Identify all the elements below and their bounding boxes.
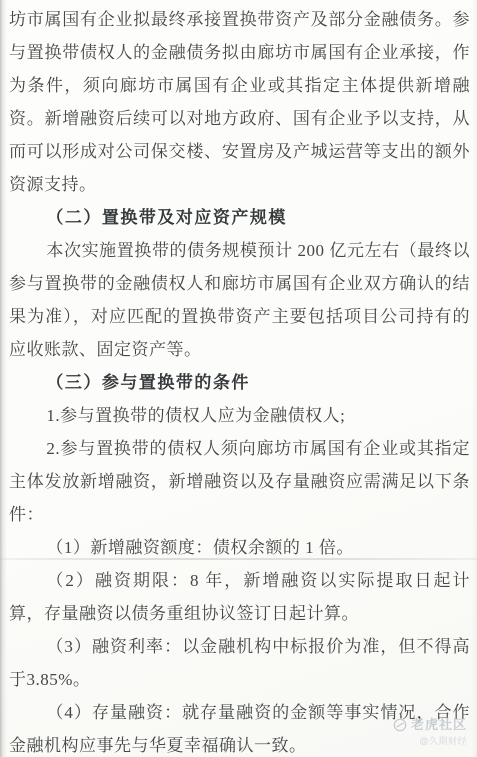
- paragraph-continuation: 坊市属国有企业拟最终承接置换带资产及部分金融债务。参与置换带债权人的金融债务拟由…: [9, 3, 470, 201]
- document-page: 坊市属国有企业拟最终承接置换带资产及部分金融债务。参与置换带债权人的金融债务拟由…: [0, 0, 477, 757]
- condition-item-1: 1.参与置换带的债权人应为金融债权人;: [9, 399, 470, 432]
- section-heading-3: （三）参与置换带的条件: [9, 366, 470, 399]
- condition-sub-item-3: （3）融资利率：以金融机构中标报价为准，但不得高于3.85%。: [9, 630, 470, 696]
- condition-sub-item-2: （2）融资期限：8 年，新增融资以实际提取日起计算，存量融资以债务重组协议签订日…: [9, 564, 470, 630]
- condition-sub-item-4: （4）存量融资：就存量融资的金额等事实情况，合作金融机构应事先与华夏幸福确认一致…: [9, 696, 470, 757]
- condition-item-2: 2.参与置换带的债权人须向廊坊市属国有企业或其指定主体发放新增融资，新增融资以及…: [9, 432, 470, 531]
- document-body: 坊市属国有企业拟最终承接置换带资产及部分金融债务。参与置换带债权人的金融债务拟由…: [9, 3, 470, 757]
- section-heading-2: （二）置换带及对应资产规模: [9, 201, 470, 234]
- condition-sub-item-1: （1）新增融资额度：债权余额的 1 倍。: [9, 531, 470, 564]
- paragraph-debt-scale: 本次实施置换带的债务规模预计 200 亿元左右（最终以参与置换带的金融债权人和廊…: [9, 234, 470, 366]
